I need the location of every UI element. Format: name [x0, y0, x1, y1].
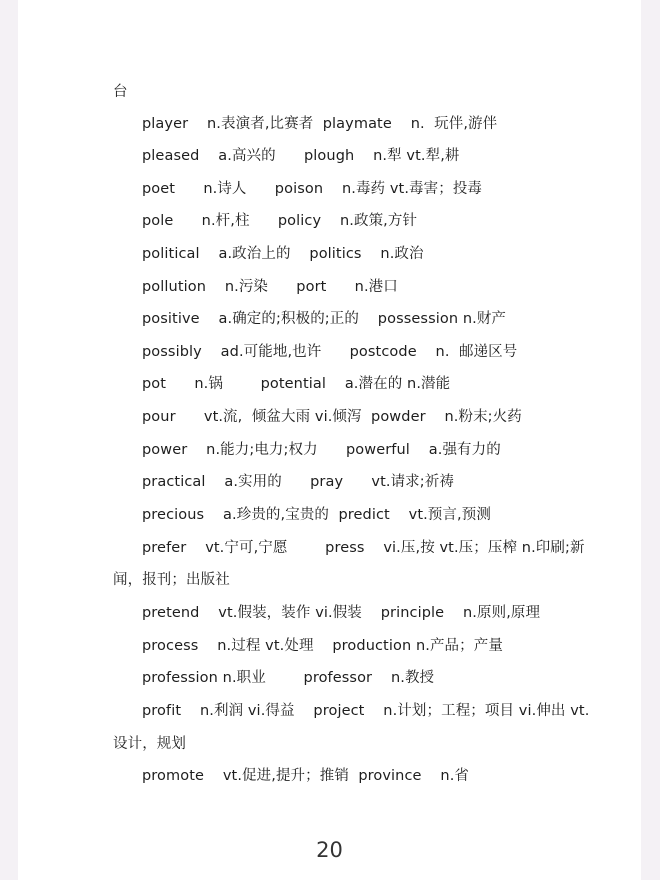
- vocab-line: player n.表演者,比赛者 playmate n. 玩伴,游伴: [142, 114, 497, 134]
- vocab-line-continuation: 闻，报刊；出版社: [113, 570, 230, 590]
- document-page: 台 player n.表演者,比赛者 playmate n. 玩伴,游伴 ple…: [18, 0, 641, 880]
- vocab-line: positive a.确定的;积极的;正的 possession n.财产: [142, 309, 506, 329]
- vocab-line: pole n.杆,柱 policy n.政策,方针: [142, 211, 417, 231]
- text-line: 台: [113, 82, 128, 102]
- vocab-line: pollution n.污染 port n.港口: [142, 277, 398, 297]
- vocab-line: pot n.锅 potential a.潜在的 n.潜能: [142, 374, 450, 394]
- vocab-line-continuation: 设计，规划: [113, 734, 186, 754]
- vocab-line: profit n.利润 vi.得益 project n.计划；工程；项目 vi.…: [142, 701, 589, 721]
- vocab-line: pretend vt.假装，装作 vi.假装 principle n.原则,原理: [142, 603, 540, 623]
- page-number: 20: [18, 838, 641, 862]
- vocab-line: pour vt.流, 倾盆大雨 vi.倾泻 powder n.粉末;火药: [142, 407, 522, 427]
- vocab-line: power n.能力;电力;权力 powerful a.强有力的: [142, 440, 501, 460]
- vocab-line: possibly ad.可能地,也许 postcode n. 邮递区号: [142, 342, 517, 362]
- vocab-line: precious a.珍贵的,宝贵的 predict vt.预言,预测: [142, 505, 491, 525]
- vocab-line: process n.过程 vt.处理 production n.产品；产量: [142, 636, 503, 656]
- vocab-line: profession n.职业 professor n.教授: [142, 668, 434, 688]
- vocab-line: pleased a.高兴的 plough n.犁 vt.犁,耕: [142, 146, 460, 166]
- vocab-line: practical a.实用的 pray vt.请求;祈祷: [142, 472, 454, 492]
- vocab-line: political a.政治上的 politics n.政治: [142, 244, 424, 264]
- vocab-line: promote vt.促进,提升；推销 province n.省: [142, 766, 469, 786]
- vocab-line: poet n.诗人 poison n.毒药 vt.毒害；投毒: [142, 179, 482, 199]
- vocab-line: prefer vt.宁可,宁愿 press vi.压,按 vt.压；压榨 n.印…: [142, 538, 585, 558]
